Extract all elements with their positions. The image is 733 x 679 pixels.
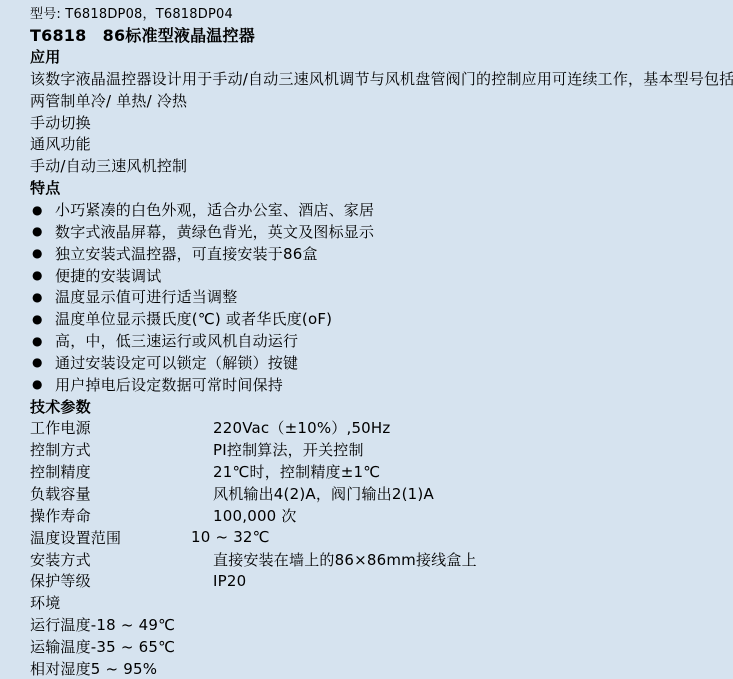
page-title: T6818 86标准型液晶温控器 [30,24,725,46]
spec-row: 保护等级 IP20 [30,570,725,592]
feature-item: ● 用户掉电后设定数据可常时间保持 [30,373,725,395]
environment-line: 相对湿度5 ~ 95% [30,657,725,679]
spec-row: 工作电源 220Vac（±10%）,50Hz [30,417,725,439]
spec-row: 负载容量 风机输出4(2)A，阀门输出2(1)A [30,483,725,505]
datasheet-page: 型号: T6818DP08，T6818DP04 T6818 86标准型液晶温控器… [0,0,733,679]
feature-item: ● 通过安装设定可以锁定（解锁）按键 [30,352,725,374]
bullet-icon: ● [32,246,55,260]
spec-row: 控制方式 PI控制算法，开关控制 [30,439,725,461]
spec-value: 风机输出4(2)A，阀门输出2(1)A [213,483,434,504]
spec-label: 保护等级 [30,570,213,591]
feature-text: 数字式液晶屏幕，黄绿色背光，英文及图标显示 [55,221,374,242]
feature-item: ● 独立安装式温控器，可直接安装于86盒 [30,242,725,264]
environment-line: 运输温度-35 ~ 65℃ [30,635,725,657]
spec-value: 220Vac（±10%）,50Hz [213,417,390,438]
application-line: 两管制单冷/ 单热/ 冷热 [30,89,725,111]
bullet-icon: ● [32,312,55,326]
feature-text: 小巧紧凑的白色外观，适合办公室、酒店、家居 [55,199,374,220]
feature-text: 通过安装设定可以锁定（解锁）按键 [55,352,298,373]
bullet-icon: ● [32,290,55,304]
spec-value: 直接安装在墙上的86×86mm接线盒上 [213,549,477,570]
spec-value: 10 ~ 32℃ [191,528,270,546]
spec-label: 工作电源 [30,417,213,438]
feature-item: ● 小巧紧凑的白色外观，适合办公室、酒店、家居 [30,199,725,221]
bullet-icon: ● [32,377,55,391]
spec-value: IP20 [213,572,246,590]
spec-label: 控制精度 [30,461,213,482]
bullet-icon: ● [32,268,55,282]
spec-row: 温度设置范围 10 ~ 32℃ [30,526,725,548]
specs-heading: 技术参数 [30,395,725,417]
feature-text: 高，中，低三速运行或风机自动运行 [55,330,298,351]
feature-item: ● 便捷的安装调试 [30,264,725,286]
feature-text: 温度显示值可进行适当调整 [55,286,237,307]
application-intro: 该数字液晶温控器设计用于手动/自动三速风机调节与风机盘管阀门的控制应用可连续工作… [30,68,725,90]
spec-label: 操作寿命 [30,505,213,526]
spec-value: PI控制算法，开关控制 [213,439,364,460]
spec-label: 控制方式 [30,439,213,460]
spec-row: 控制精度 21℃时，控制精度±1℃ [30,461,725,483]
spec-label: 负载容量 [30,483,213,504]
bullet-icon: ● [32,355,55,369]
features-heading: 特点 [30,177,725,199]
spec-row: 操作寿命 100,000 次 [30,504,725,526]
spec-label: 安装方式 [30,549,213,570]
feature-item: ● 温度单位显示摄氏度(℃) 或者华氏度(oF) [30,308,725,330]
bullet-icon: ● [32,334,55,348]
model-numbers: 型号: T6818DP08，T6818DP04 [30,2,725,24]
feature-item: ● 温度显示值可进行适当调整 [30,286,725,308]
feature-item: ● 高，中，低三速运行或风机自动运行 [30,330,725,352]
application-line: 手动切换 [30,111,725,133]
application-heading: 应用 [30,46,725,68]
feature-text: 温度单位显示摄氏度(℃) 或者华氏度(oF) [55,308,332,329]
bullet-icon: ● [32,203,55,217]
bullet-icon: ● [32,224,55,238]
feature-text: 用户掉电后设定数据可常时间保持 [55,374,283,395]
environment-heading: 环境 [30,592,725,614]
spec-value: 100,000 次 [213,505,297,526]
feature-text: 独立安装式温控器，可直接安装于86盒 [55,243,318,264]
spec-row: 安装方式 直接安装在墙上的86×86mm接线盒上 [30,548,725,570]
feature-text: 便捷的安装调试 [55,265,161,286]
spec-label: 温度设置范围 [30,527,191,548]
environment-line: 运行温度-18 ~ 49℃ [30,614,725,636]
application-line: 通风功能 [30,133,725,155]
spec-value: 21℃时，控制精度±1℃ [213,461,380,482]
application-line: 手动/自动三速风机控制 [30,155,725,177]
feature-item: ● 数字式液晶屏幕，黄绿色背光，英文及图标显示 [30,220,725,242]
